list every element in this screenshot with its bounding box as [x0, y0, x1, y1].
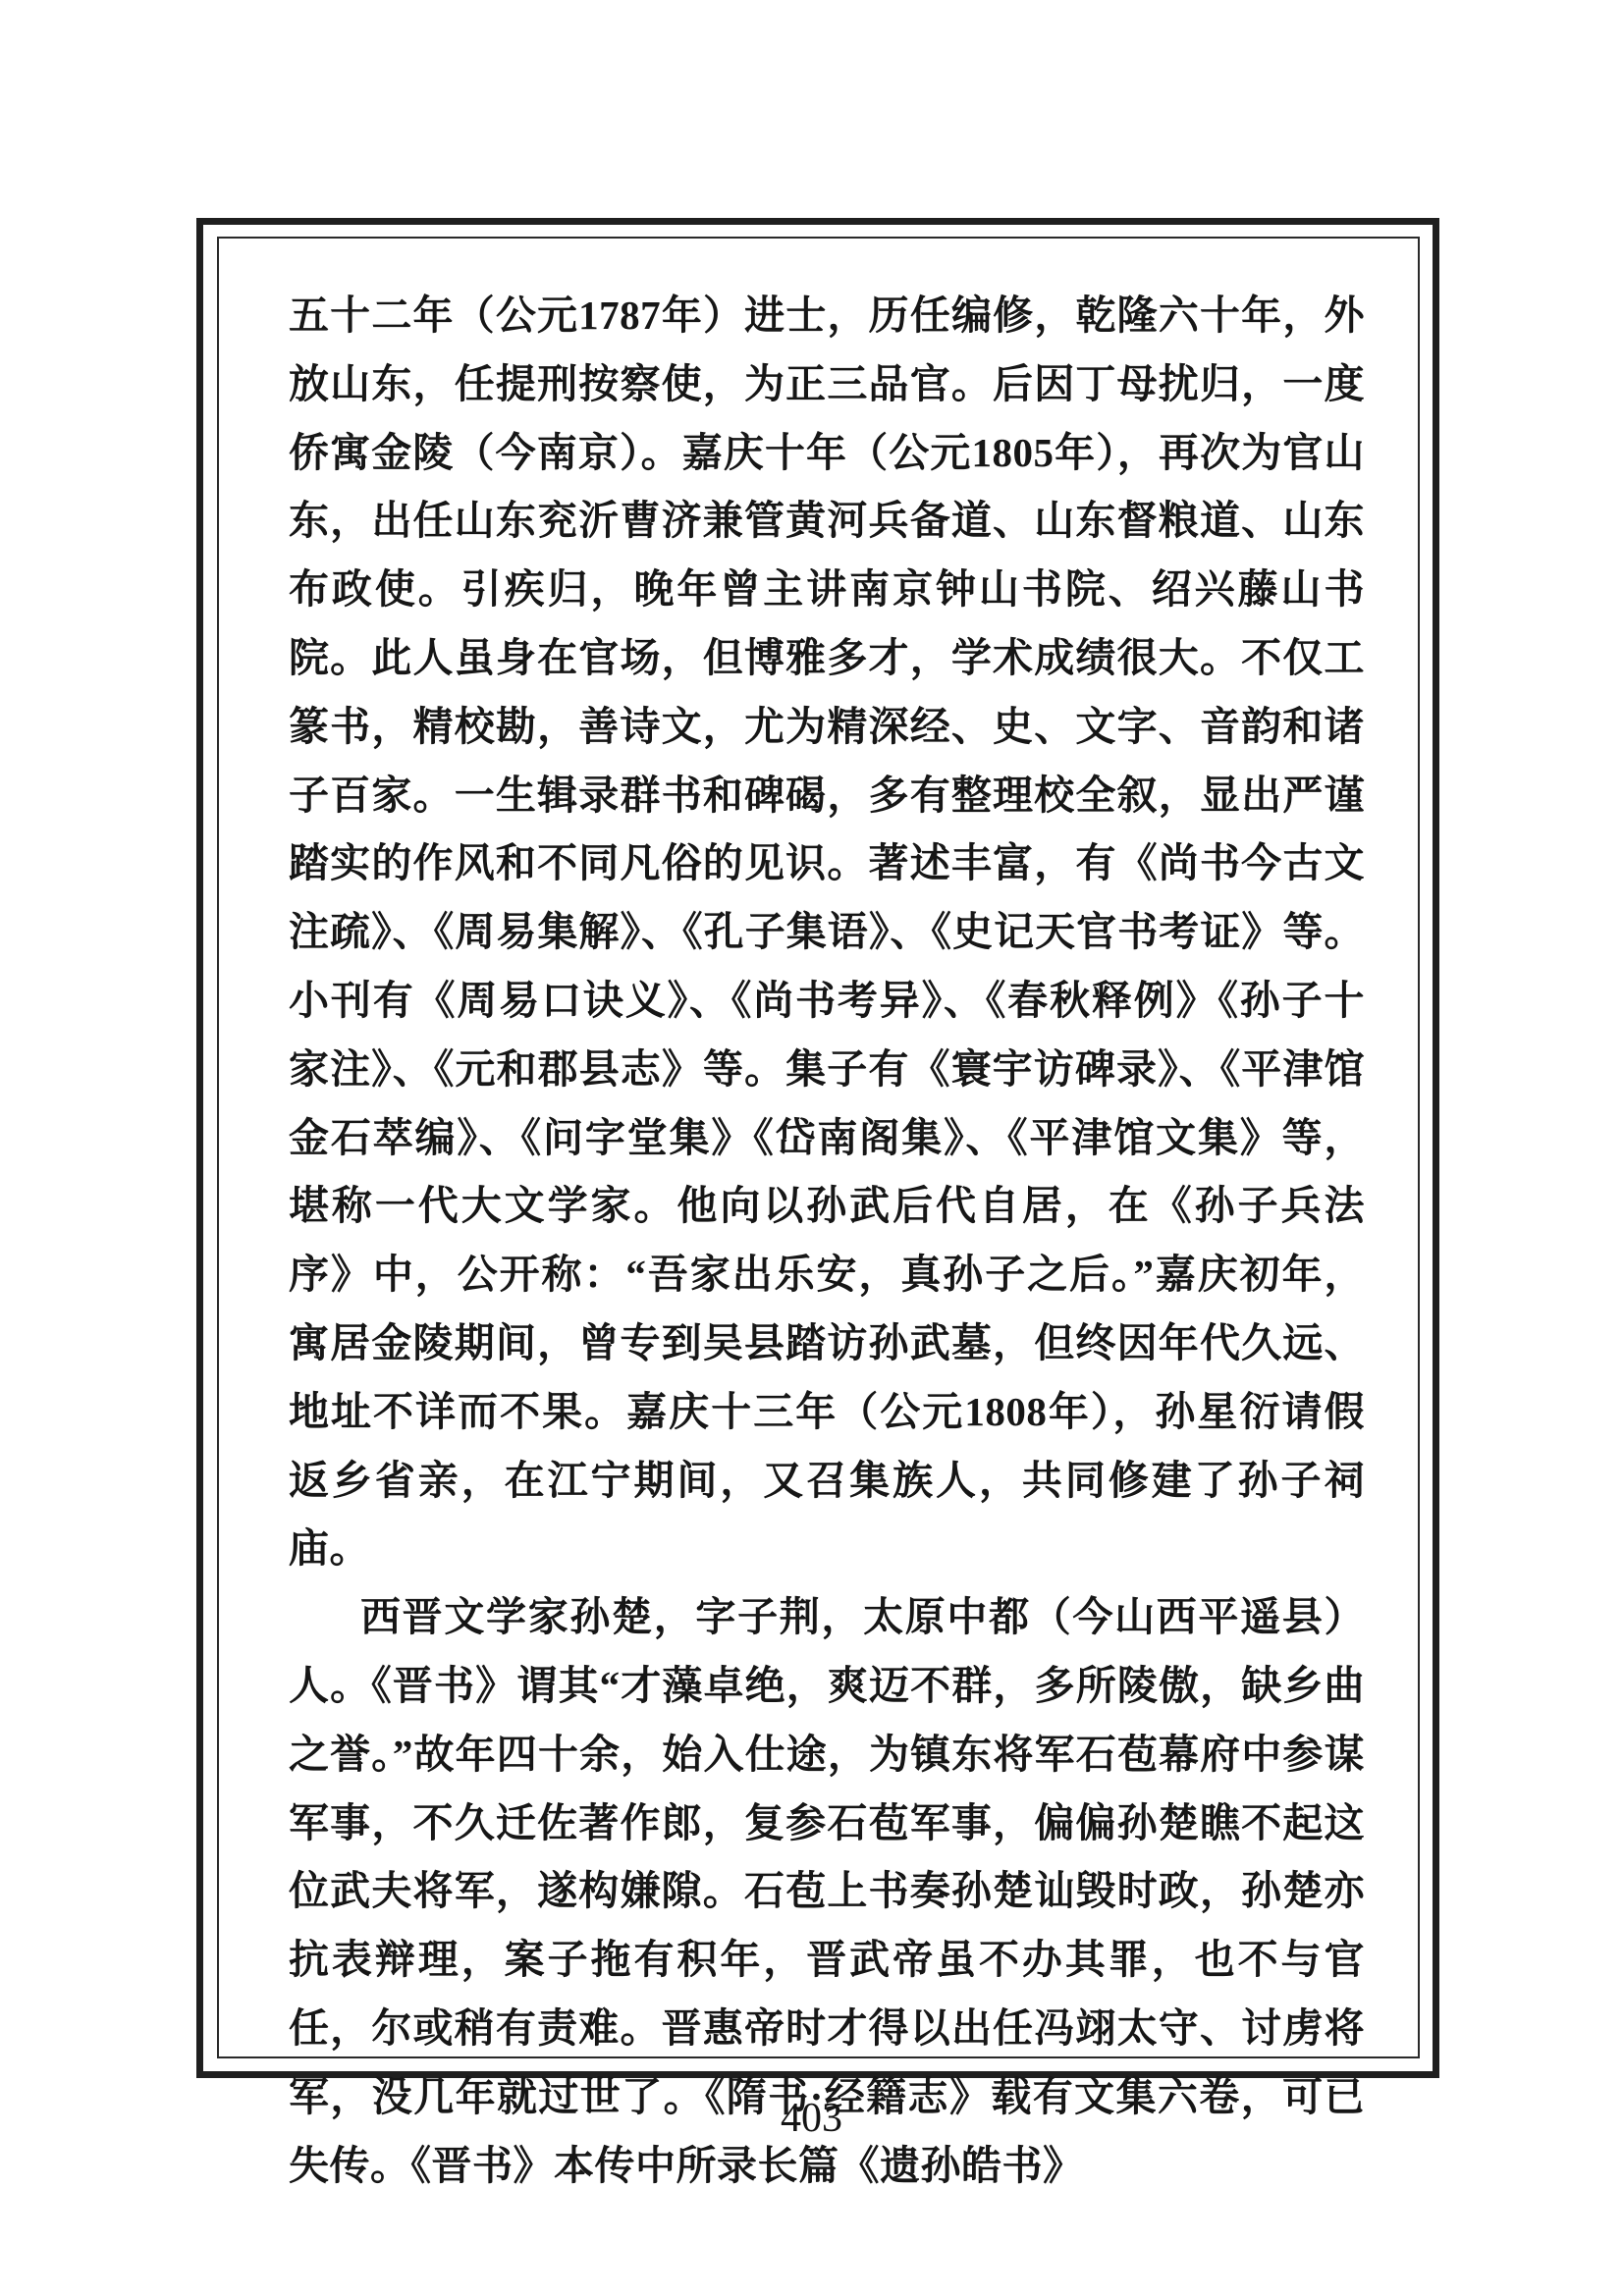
book-page: 五十二年（公元1787年）进士，历任编修，乾隆六十年，外放山东，任提刑按察使，为…	[0, 0, 1623, 2296]
body-text: 五十二年（公元1787年）进士，历任编修，乾隆六十年，外放山东，任提刑按察使，为…	[289, 282, 1365, 2200]
paragraph-sun-xingyan: 五十二年（公元1787年）进士，历任编修，乾隆六十年，外放山东，任提刑按察使，为…	[289, 282, 1365, 1583]
page-number: 403	[0, 2095, 1623, 2142]
